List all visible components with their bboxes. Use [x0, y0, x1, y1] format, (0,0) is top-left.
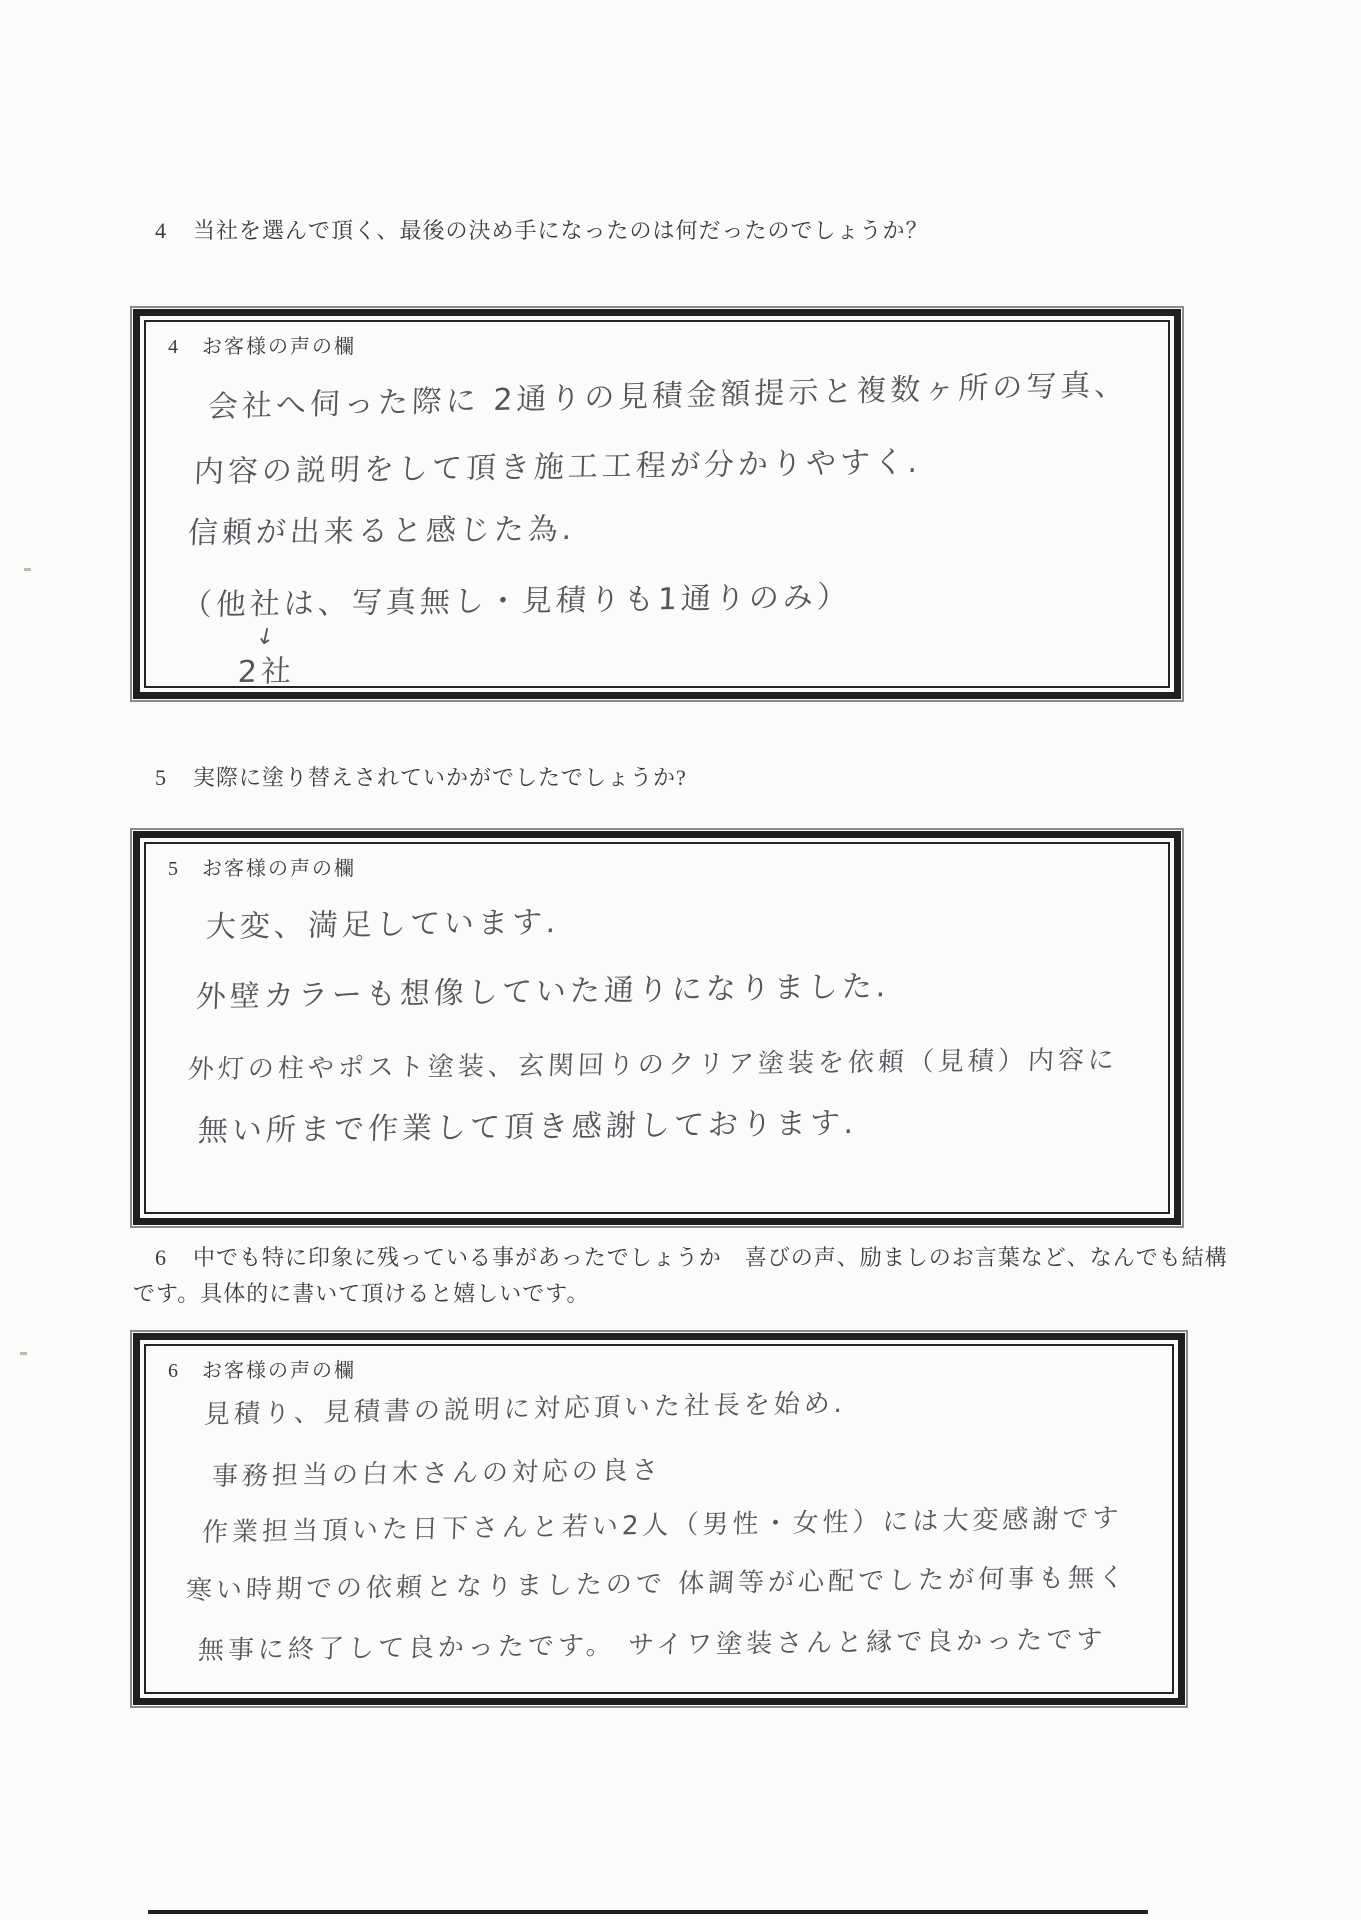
question-5-number: 5 — [155, 760, 167, 796]
handwritten-line: 大変、満足しています. — [205, 897, 560, 946]
scan-artifact-bottom-line — [148, 1910, 1148, 1914]
answer-box-4-mid-border: 4お客様の声の欄 会社へ伺った際に 2通りの見積金額提示と複数ヶ所の写真、 内容… — [133, 309, 1181, 699]
question-6-header: 6中でも特に印象に残っている事があったでしょうか 喜びの声、励ましのお言葉など、… — [133, 1240, 1228, 1313]
handwritten-line: 見積り、見積書の説明に対応頂いた社長を始め. — [203, 1383, 846, 1431]
question-5-prompt: 実際に塗り替えされていかがでしたでしょうか? — [193, 765, 687, 790]
handwritten-line: 寒い時期での依頼となりましたので 体調等が心配でしたが何事も無く — [185, 1557, 1129, 1607]
question-4-prompt: 当社を選んで頂く、最後の決め手になったのは何だったのでしょうか？ — [193, 218, 929, 243]
answer-box-4-label-number: 4 — [168, 336, 180, 359]
answer-box-6-mid-border: 6お客様の声の欄 見積り、見積書の説明に対応頂いた社長を始め. 事務担当の白木さ… — [133, 1333, 1185, 1705]
handwritten-line: 内容の説明をして頂き施工工程が分かりやすく. — [193, 437, 922, 491]
handwritten-line: 2社 — [237, 646, 296, 688]
scan-artifact-tick — [20, 1352, 27, 1355]
answer-box-4: 4お客様の声の欄 会社へ伺った際に 2通りの見積金額提示と複数ヶ所の写真、 内容… — [130, 306, 1184, 702]
handwritten-line: （他社は、写真無し・見積りも1通りのみ） — [181, 572, 852, 624]
scanned-survey-page: 4当社を選んで頂く、最後の決め手になったのは何だったのでしょうか？ 4お客様の声… — [0, 0, 1361, 1920]
answer-box-6-label: 6お客様の声の欄 — [168, 1354, 356, 1383]
handwritten-line: 信頼が出来ると感じた為. — [187, 504, 576, 552]
question-6-number: 6 — [155, 1240, 167, 1276]
handwritten-line: 作業担当頂いた日下さんと若い2人（男性・女性）には大変感謝です — [201, 1498, 1123, 1549]
handwritten-line: 外灯の柱やポスト塗装、玄関回りのクリア塗装を依頼（見積）内容に — [187, 1039, 1119, 1086]
answer-box-5-label: 5お客様の声の欄 — [168, 852, 356, 881]
answer-box-4-inner: 4お客様の声の欄 会社へ伺った際に 2通りの見積金額提示と複数ヶ所の写真、 内容… — [144, 320, 1170, 688]
question-4-header: 4当社を選んで頂く、最後の決め手になったのは何だったのでしょうか？ — [155, 213, 1255, 249]
answer-box-6-inner: 6お客様の声の欄 見積り、見積書の説明に対応頂いた社長を始め. 事務担当の白木さ… — [144, 1344, 1174, 1694]
answer-box-5: 5お客様の声の欄 大変、満足しています. 外壁カラーも想像していた通りになりまし… — [130, 828, 1184, 1228]
question-6-prompt: 中でも特に印象に残っている事があったでしょうか 喜びの声、励ましのお言葉など、な… — [133, 1245, 1228, 1306]
answer-box-5-label-number: 5 — [168, 858, 180, 881]
answer-box-5-inner: 5お客様の声の欄 大変、満足しています. 外壁カラーも想像していた通りになりまし… — [144, 842, 1170, 1214]
handwritten-line: 外壁カラーも想像していた通りになりました. — [195, 961, 890, 1016]
question-5-header: 5実際に塗り替えされていかがでしたでしょうか? — [155, 760, 1255, 796]
handwritten-line: 事務担当の白木さんの対応の良さ — [211, 1450, 662, 1493]
scan-artifact-tick — [24, 568, 31, 571]
answer-box-5-label-text: お客様の声の欄 — [202, 858, 356, 880]
answer-box-6-label-number: 6 — [168, 1360, 180, 1383]
answer-box-4-label-text: お客様の声の欄 — [202, 336, 356, 358]
answer-box-4-label: 4お客様の声の欄 — [168, 330, 356, 359]
question-4-number: 4 — [155, 213, 167, 249]
handwritten-line: 会社へ伺った際に 2通りの見積金額提示と複数ヶ所の写真、 — [207, 359, 1129, 426]
answer-box-5-mid-border: 5お客様の声の欄 大変、満足しています. 外壁カラーも想像していた通りになりまし… — [133, 831, 1181, 1225]
answer-box-6: 6お客様の声の欄 見積り、見積書の説明に対応頂いた社長を始め. 事務担当の白木さ… — [130, 1330, 1188, 1708]
handwritten-line: 無い所まで作業して頂き感謝しております. — [197, 1098, 858, 1150]
answer-box-6-label-text: お客様の声の欄 — [202, 1360, 356, 1382]
handwritten-line: 無事に終了して良かったです。 サイワ塗装さんと縁で良かったです — [197, 1619, 1107, 1667]
